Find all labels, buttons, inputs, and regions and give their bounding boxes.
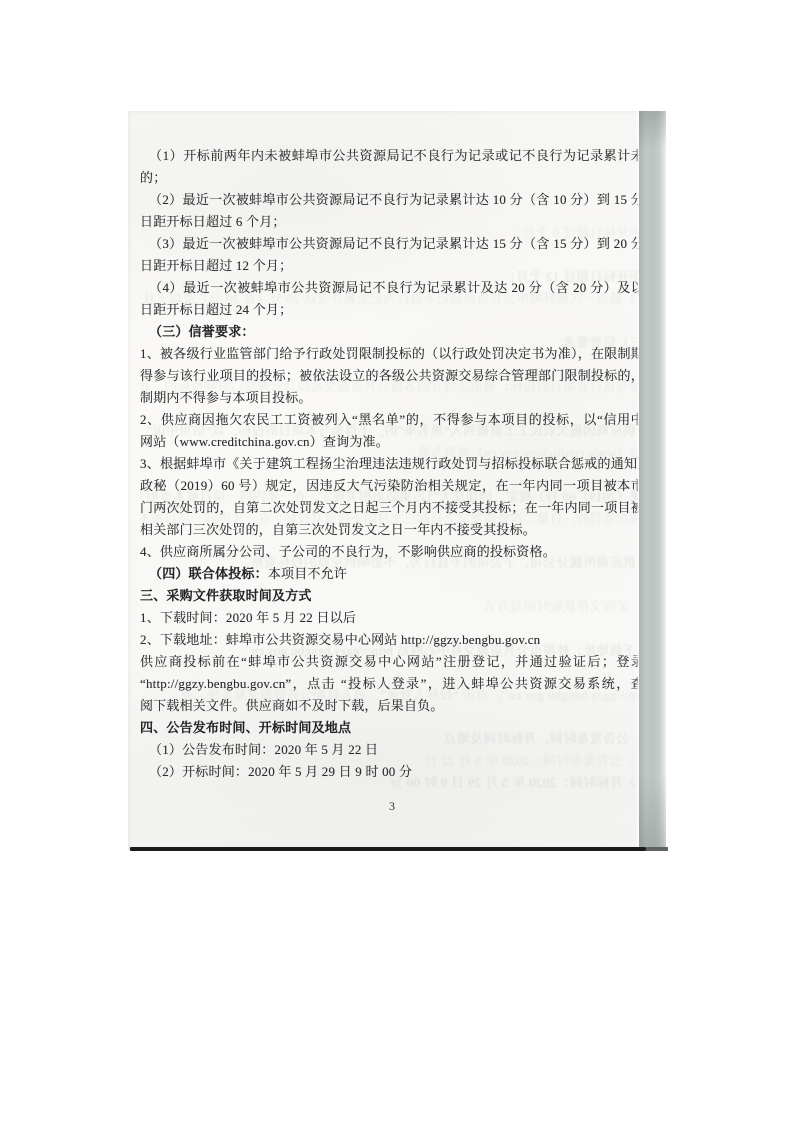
text-line: 得参与该行业项目的投标；被依法设立的各级公共资源交易综合管理部门限制投标的，在限 bbox=[140, 365, 644, 387]
text-line: 四、公告发布时间、开标时间及地点 bbox=[140, 717, 644, 739]
text-line: 门两次处罚的，自第二次处罚发文之日起三个月内不接受其投标；在一年内同一项目被本市 bbox=[140, 497, 644, 519]
text-line-segment: 本项目不允许 bbox=[268, 566, 347, 581]
text-line: 日距开标日超过 12 个月； bbox=[140, 255, 644, 277]
text-line: （4）最近一次被蚌埠市公共资源局记不良行为记录累计及达 20 分（含 20 分）… bbox=[140, 277, 644, 299]
text-line: （三）信誉要求： bbox=[140, 321, 644, 343]
text-line: （1）开标前两年内未被蚌埠市公共资源局记不良行为记录或记不良行为记录累计未满 1… bbox=[140, 145, 644, 167]
document-text: （1）开标前两年内未被蚌埠市公共资源局记不良行为记录或记不良行为记录累计未满 1… bbox=[140, 145, 644, 783]
page-number: 3 bbox=[140, 799, 644, 814]
text-line: （2）开标时间：2020 年 5 月 29 日 9 时 00 分 bbox=[140, 761, 644, 783]
text-line: （2）最近一次被蚌埠市公共资源局记不良行为记录累计达 10 分（含 10 分）到… bbox=[140, 189, 644, 211]
text-line: （四）联合体投标：本项目不允许 bbox=[140, 563, 644, 585]
text-line: 1、下载时间：2020 年 5 月 22 日以后 bbox=[140, 607, 644, 629]
page-bottom-edge-shadow bbox=[646, 847, 668, 851]
text-line: 政秘（2019）60 号）规定，因违反大气污染防治相关规定，在一年内同一项目被本… bbox=[140, 475, 644, 497]
text-line: 网站（www.creditchina.gov.cn）查询为准。 bbox=[140, 431, 644, 453]
page-edge-strip bbox=[639, 111, 666, 847]
text-line: 2、供应商因拖欠农民工工资被列入“黑名单”的，不得参与本项目的投标，以“信用中国… bbox=[140, 409, 644, 431]
text-line: 日距开标日超过 24 个月； bbox=[140, 299, 644, 321]
text-line: 日距开标日超过 6 个月； bbox=[140, 211, 644, 233]
text-line: 4、供应商所属分公司、子公司的不良行为，不影响供应商的投标资格。 bbox=[140, 541, 644, 563]
text-line: 2、下载地址：蚌埠市公共资源交易中心网站 http://ggzy.bengbu.… bbox=[140, 629, 644, 651]
text-line: 供应商投标前在“蚌埠市公共资源交易中心网站”注册登记，并通过验证后；登录 bbox=[140, 651, 644, 673]
text-line: “http://ggzy.bengbu.gov.cn”，点击 “投标人登录”，进… bbox=[140, 673, 644, 695]
text-line: 制期内不得参与本项目投标。 bbox=[140, 387, 644, 409]
text-line: 的； bbox=[140, 167, 644, 189]
text-line: 1、被各级行业监管部门给予行政处罚限制投标的（以行政处罚决定书为准），在限制期内… bbox=[140, 343, 644, 365]
page-bottom-edge bbox=[130, 847, 646, 851]
text-line: 相关部门三次处罚的，自第三次处罚发文之日一年内不接受其投标。 bbox=[140, 519, 644, 541]
text-line: 三、采购文件获取时间及方式 bbox=[140, 585, 644, 607]
text-line: 阅下载相关文件。供应商如不及时下载，后果自负。 bbox=[140, 695, 644, 717]
scan-canvas: 的；日距开标日超过 6 个月；日距开标日超过 12 个月；（4）最近一次被蚌埠市… bbox=[0, 0, 793, 1122]
text-line: 3、根据蚌埠市《关于建筑工程扬尘治理违法违规行政处罚与招标投标联合惩戒的通知》（… bbox=[140, 453, 644, 475]
scanned-page: 的；日距开标日超过 6 个月；日距开标日超过 12 个月；（4）最近一次被蚌埠市… bbox=[128, 111, 666, 850]
text-line-bold-prefix: （四）联合体投标： bbox=[149, 566, 268, 581]
text-line: （1）公告发布时间：2020 年 5 月 22 日 bbox=[140, 739, 644, 761]
text-line: （3）最近一次被蚌埠市公共资源局记不良行为记录累计达 15 分（含 15 分）到… bbox=[140, 233, 644, 255]
